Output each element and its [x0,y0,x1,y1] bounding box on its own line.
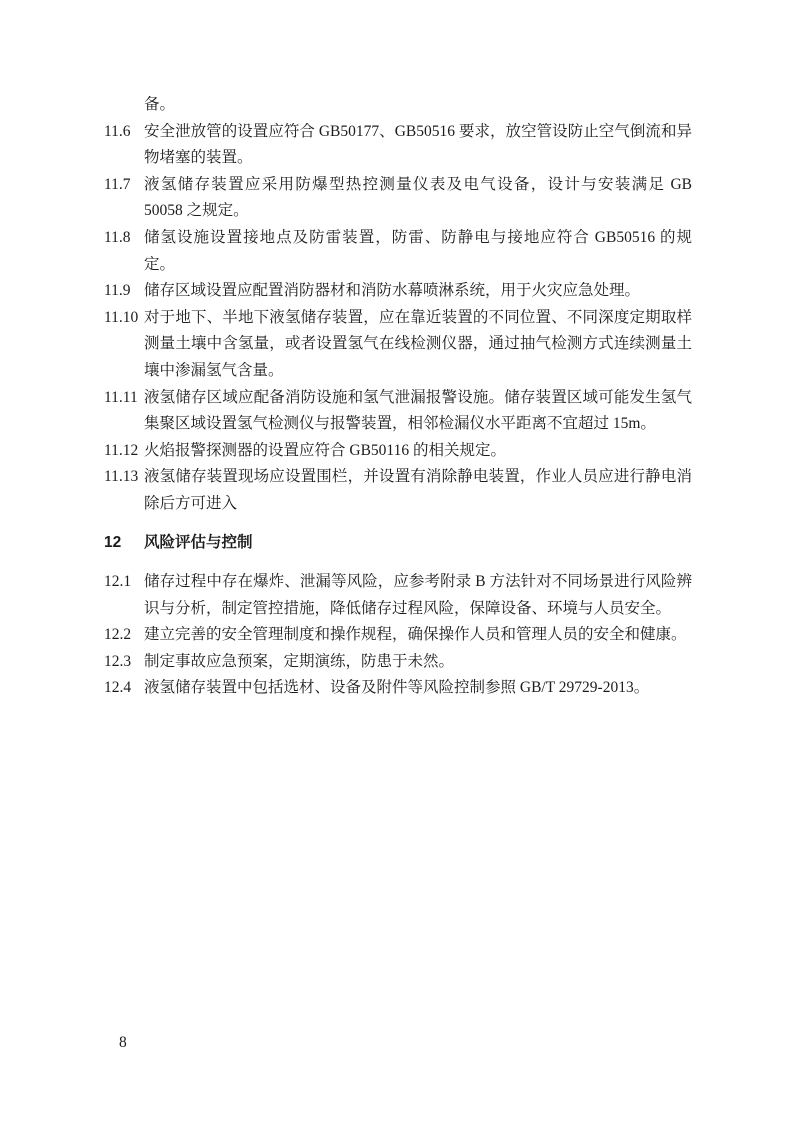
page-number: 8 [119,1032,127,1054]
clause-12-2: 12.2 建立完善的安全管理制度和操作规程，确保操作人员和管理人员的安全和健康。 [104,622,692,649]
clause-number: 11.7 [104,172,131,199]
clause-11-7: 11.7 液氢储存装置应采用防爆型热控测量仪表及电气设备，设计与安装满足 GB … [104,172,692,225]
clause-11-6: 11.6 安全泄放管的设置应符合 GB50177、GB50516 要求，放空管设… [104,119,692,172]
clause-number: 11.13 [104,464,138,491]
clause-number: 11.12 [104,438,138,465]
clause-number: 12.1 [104,569,131,596]
clause-number: 11.6 [104,119,131,146]
clause-text: 制定事故应急预案，定期演练，防患于未然。 [144,653,454,670]
clause-11-8: 11.8 储氢设施设置接地点及防雷装置，防雷、防静电与接地应符合 GB50516… [104,225,692,278]
clause-text: 储氢设施设置接地点及防雷装置，防雷、防静电与接地应符合 GB50516 的规定。 [144,229,692,273]
section-heading-number: 12 [104,530,121,557]
clause-text: 液氢储存装置中包括选材、设备及附件等风险控制参照 GB/T 29729-2013… [144,679,649,696]
clause-11-12: 11.12 火焰报警探测器的设置应符合 GB50116 的相关规定。 [104,438,692,465]
clause-number: 12.4 [104,675,131,702]
page-content: 备。 11.6 安全泄放管的设置应符合 GB50177、GB50516 要求，放… [104,92,692,702]
clause-text: 储存区域设置应配置消防器材和消防水幕喷淋系统，用于火灾应急处理。 [144,282,640,299]
clause-text: 火焰报警探测器的设置应符合 GB50116 的相关规定。 [144,442,506,459]
clause-text: 安全泄放管的设置应符合 GB50177、GB50516 要求，放空管设防止空气倒… [144,123,692,167]
paragraph-continuation: 备。 [104,92,692,119]
clause-number: 12.3 [104,649,131,676]
clause-text: 液氢储存区域应配备消防设施和氢气泄漏报警设施。储存装置区域可能发生氢气集聚区域设… [144,389,692,433]
document-page: 备。 11.6 安全泄放管的设置应符合 GB50177、GB50516 要求，放… [0,0,794,1123]
clause-11-9: 11.9 储存区域设置应配置消防器材和消防水幕喷淋系统，用于火灾应急处理。 [104,278,692,305]
clause-number: 12.2 [104,622,131,649]
clause-number: 11.10 [104,305,138,332]
clause-number: 11.8 [104,225,131,252]
clause-number: 11.9 [104,278,131,305]
clause-12-1: 12.1 储存过程中存在爆炸、泄漏等风险，应参考附录 B 方法针对不同场景进行风… [104,569,692,622]
clause-12-3: 12.3 制定事故应急预案，定期演练，防患于未然。 [104,649,692,676]
clause-text: 储存过程中存在爆炸、泄漏等风险，应参考附录 B 方法针对不同场景进行风险辨识与分… [144,573,692,617]
clause-text: 对于地下、半地下液氢储存装置，应在靠近装置的不同位置、不同深度定期取样测量土壤中… [144,309,692,379]
clause-12-4: 12.4 液氢储存装置中包括选材、设备及附件等风险控制参照 GB/T 29729… [104,675,692,702]
clause-11-13: 11.13 液氢储存装置现场应设置围栏，并设置有消除静电装置，作业人员应进行静电… [104,464,692,517]
clause-text: 建立完善的安全管理制度和操作规程，确保操作人员和管理人员的安全和健康。 [144,626,687,643]
clause-11-11: 11.11 液氢储存区域应配备消防设施和氢气泄漏报警设施。储存装置区域可能发生氢… [104,385,692,438]
clause-number: 11.11 [104,385,138,412]
clause-11-10: 11.10 对于地下、半地下液氢储存装置，应在靠近装置的不同位置、不同深度定期取… [104,305,692,385]
section-heading-title: 风险评估与控制 [144,534,253,551]
clause-text: 液氢储存装置现场应设置围栏，并设置有消除静电装置，作业人员应进行静电消除后方可进… [144,468,692,512]
clause-text: 液氢储存装置应采用防爆型热控测量仪表及电气设备，设计与安装满足 GB 50058… [144,176,692,220]
section-12-heading: 12 风险评估与控制 [104,530,692,557]
continuation-text: 备。 [144,96,175,113]
